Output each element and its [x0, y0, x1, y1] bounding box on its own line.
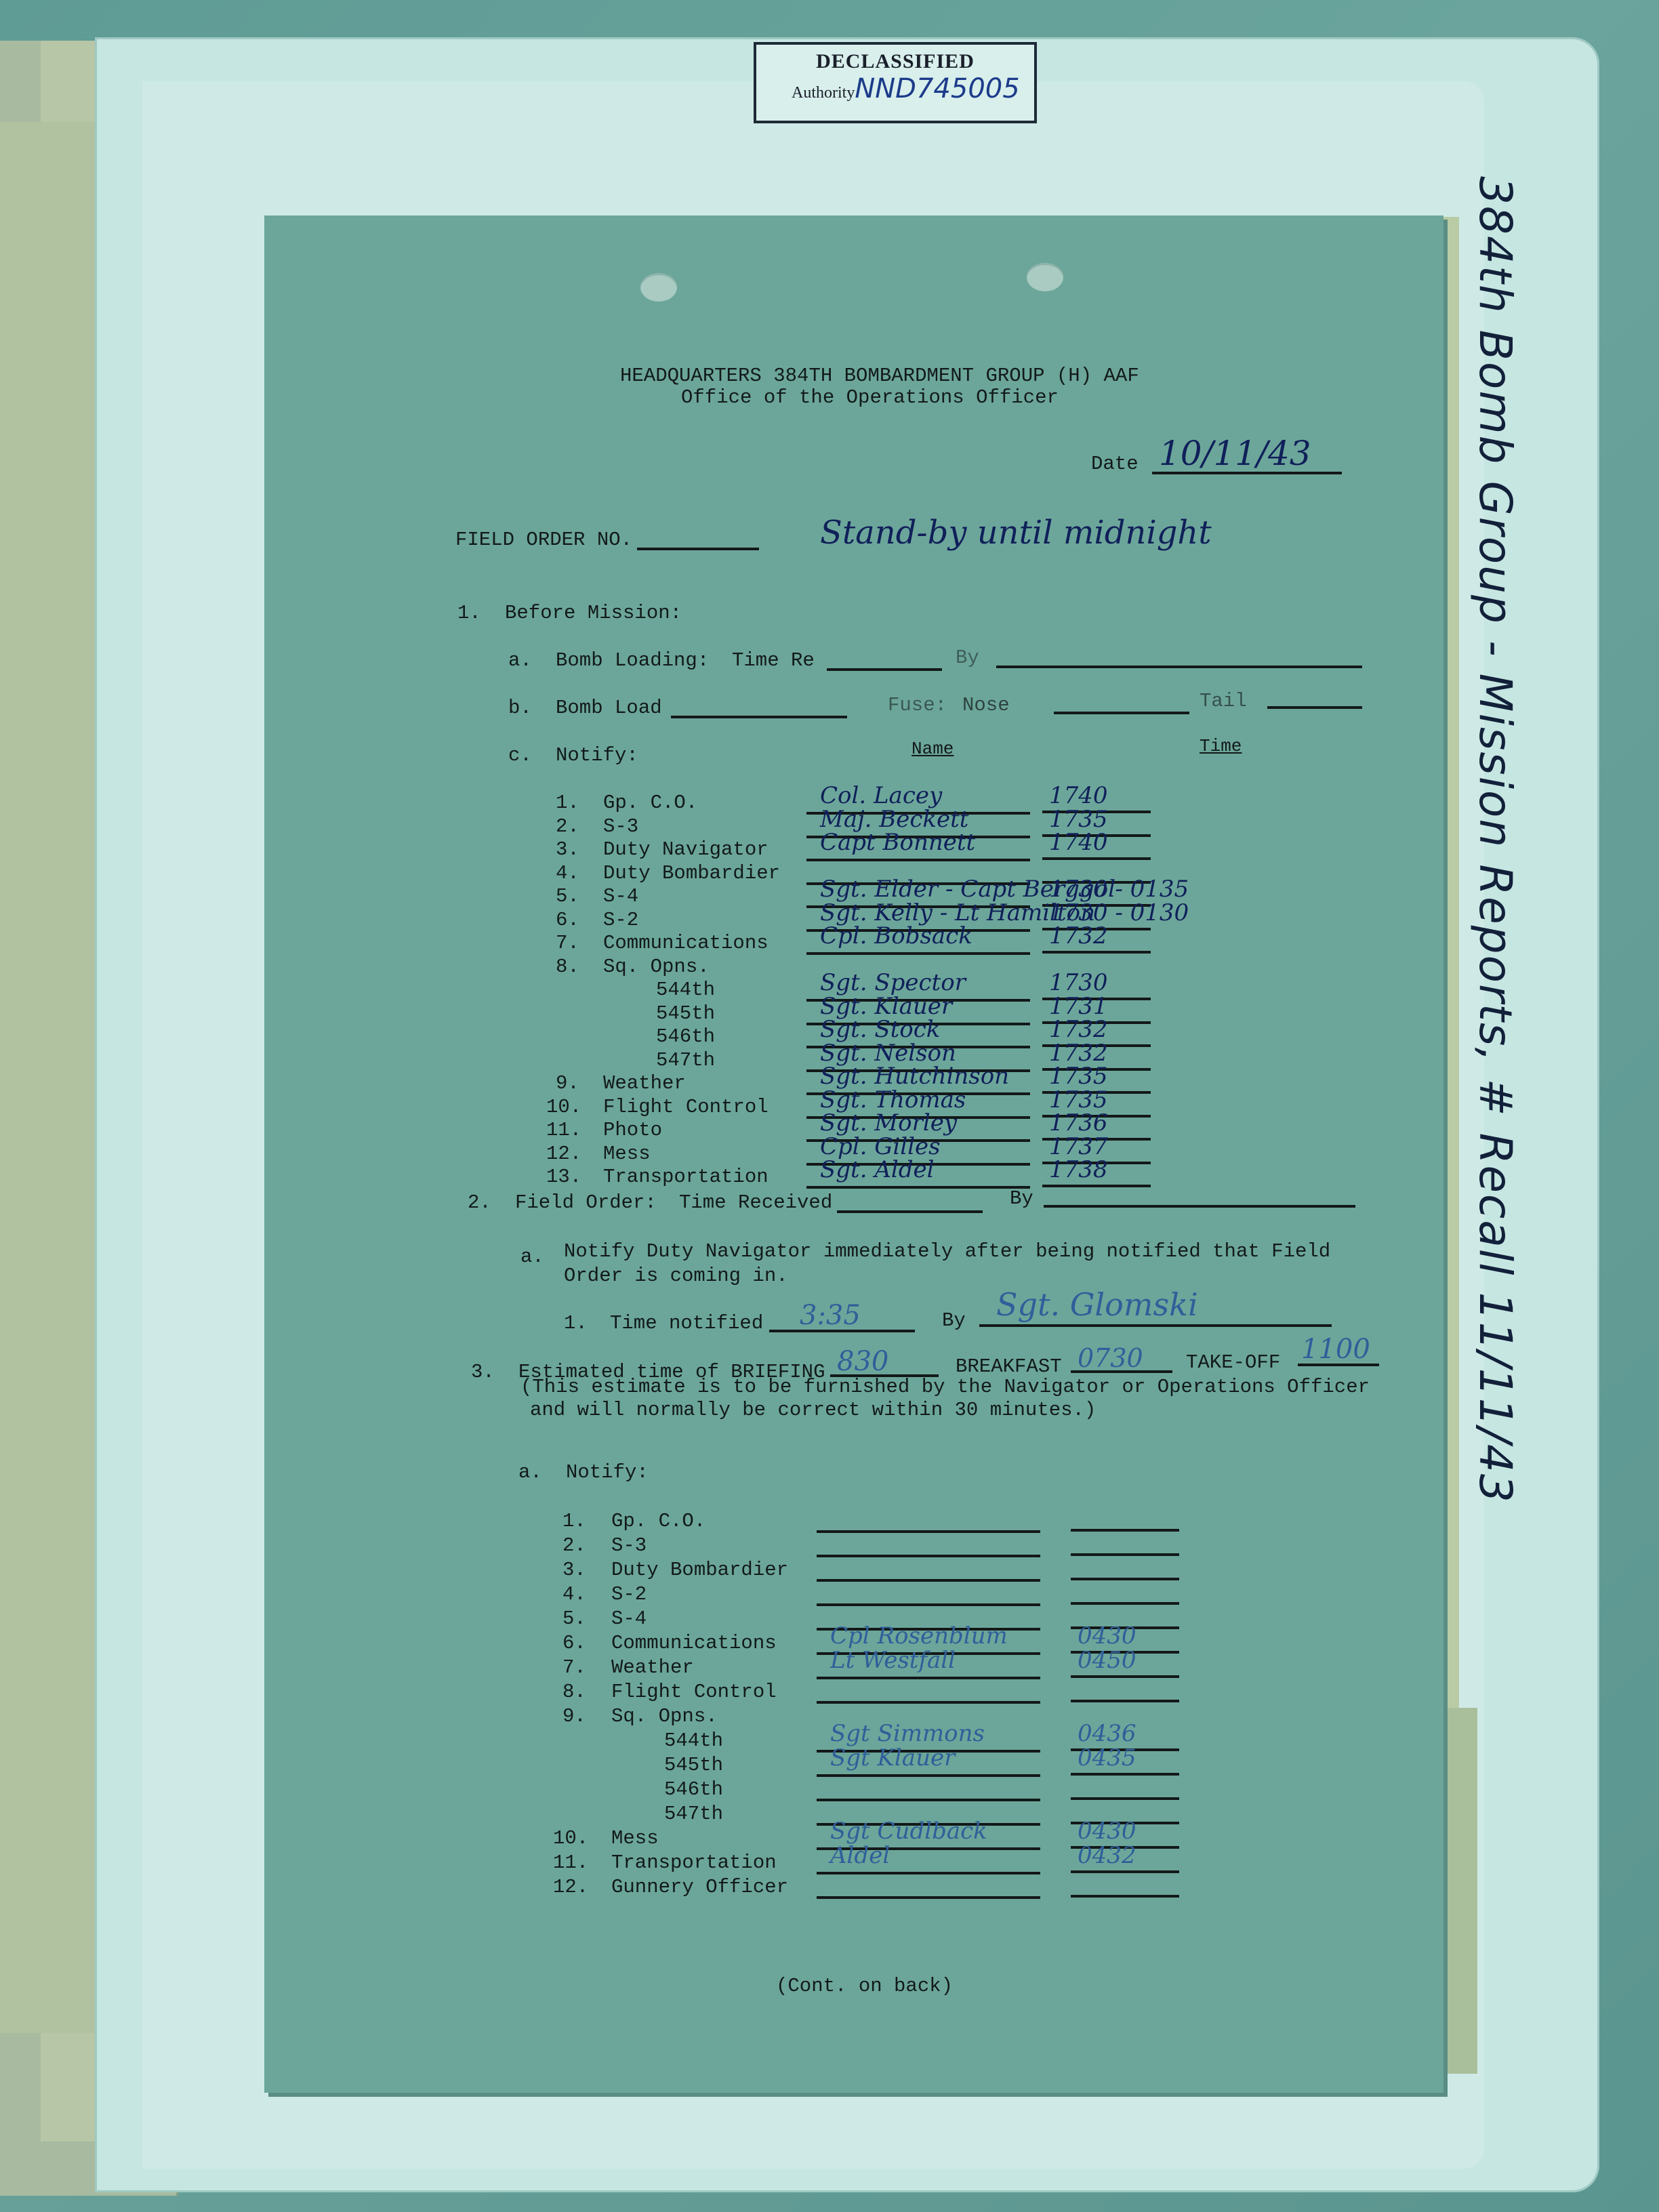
folder-handwritten-label: 384th Bomb Group - Mission Reports, # Re… [1469, 176, 1521, 1274]
row-number: 3. [562, 1559, 586, 1581]
takeoff-time-value: 1100 [1301, 1334, 1370, 1365]
notify-navigator-text-2: Order is coming in. [564, 1265, 788, 1287]
bomb-loading-time-label: Time Re [732, 649, 815, 672]
estimate-note-1: (This estimate is to be furnished by the… [520, 1376, 1370, 1398]
nose-field[interactable] [1054, 712, 1189, 714]
handwritten-name: Capt Bonnett [820, 829, 975, 856]
breakfast-time-field[interactable] [1071, 1370, 1172, 1373]
row-number: 11. [553, 1851, 588, 1874]
handwritten-time: 0432 [1078, 1842, 1136, 1869]
row-label: 546th [664, 1778, 723, 1801]
name-field[interactable] [806, 1186, 1030, 1189]
notify-label: Notify: [556, 744, 638, 766]
time-field[interactable] [1071, 1870, 1179, 1873]
row-number: 12. [546, 1143, 581, 1165]
handwritten-name: Sgt Simmons [830, 1720, 985, 1747]
section-2-number: 2. [468, 1191, 491, 1214]
estimate-note-2: and will normally be correct within 30 m… [530, 1399, 1096, 1421]
tail-field[interactable] [1267, 706, 1362, 709]
item-c-letter: c. [508, 744, 532, 766]
row-number: 2. [562, 1534, 586, 1557]
bomb-loading-label: Bomb Loading: [556, 649, 709, 672]
time-field[interactable] [1071, 1700, 1179, 1702]
fuse-label: Fuse: [888, 694, 947, 716]
row-label: 546th [656, 1025, 715, 1048]
row-number: 3. [556, 838, 579, 861]
row-label: S-4 [611, 1607, 647, 1630]
punch-hole [640, 273, 677, 302]
item-a-letter: a. [508, 649, 532, 672]
item-b-letter: b. [508, 697, 532, 719]
row-number: 1. [562, 1510, 586, 1532]
time-received-label: Time Received [679, 1191, 832, 1214]
row-label: 544th [664, 1729, 723, 1752]
item-2a-letter: a. [520, 1246, 544, 1268]
row-label: S-4 [603, 885, 638, 907]
bomb-loading-time-field[interactable] [827, 668, 942, 671]
handwritten-time: 0450 [1078, 1647, 1136, 1674]
row-number: 7. [556, 932, 579, 954]
field-order-label: FIELD ORDER NO. [455, 529, 632, 551]
handwritten-time: 0436 [1078, 1720, 1136, 1747]
row-number: 5. [556, 885, 579, 907]
date-line [1152, 472, 1342, 474]
handwritten-name: Sgt. Aldel [820, 1156, 935, 1183]
time-received-field[interactable] [837, 1210, 983, 1213]
name-field[interactable] [817, 1530, 1040, 1533]
bomb-loading-by-label: By [956, 647, 979, 669]
row-number: 11. [546, 1119, 581, 1141]
briefing-time-value: 830 [837, 1346, 888, 1377]
continued-on-back: (Cont. on back) [776, 1975, 953, 1997]
field-order-note: Stand-by until midnight [820, 514, 1212, 552]
handwritten-time: 0430 [1078, 1622, 1136, 1650]
row-number: 6. [562, 1632, 586, 1654]
takeoff-label: TAKE-OFF [1186, 1351, 1280, 1374]
row-label: Weather [603, 1072, 686, 1094]
received-by-field[interactable] [1044, 1205, 1355, 1208]
stamp-title: DECLASSIFIED [756, 50, 1034, 73]
section-1-number: 1. [457, 602, 481, 624]
stamp-authority-value: NND745005 [855, 73, 1019, 104]
row-number: 8. [556, 956, 579, 978]
row-number: 13. [546, 1166, 581, 1188]
row-label: Duty Navigator [603, 838, 769, 861]
row-label: Duty Bombardier [611, 1559, 788, 1581]
time-notified-label: Time notified [610, 1312, 763, 1334]
name-field[interactable] [817, 1774, 1040, 1777]
notified-by-field[interactable] [979, 1324, 1332, 1327]
row-label: Gp. C.O. [611, 1510, 705, 1532]
row-label: Gp. C.O. [603, 792, 697, 814]
handwritten-time: 1738 [1049, 1156, 1108, 1183]
tail-label: Tail [1200, 690, 1247, 712]
header-line-2: Office of the Operations Officer [681, 386, 1059, 409]
handwritten-name: Cpl. Bobsack [820, 922, 972, 949]
handwritten-name: Cpl Rosenblum [830, 1622, 1008, 1650]
row-label: Communications [603, 932, 769, 954]
stamp-authority: AuthorityNND745005 [792, 73, 1034, 104]
row-label: Sq. Opns. [611, 1705, 718, 1727]
name-field[interactable] [817, 1603, 1040, 1606]
name-field[interactable] [817, 1579, 1040, 1582]
name-field[interactable] [817, 1896, 1040, 1899]
row-number: 8. [562, 1681, 586, 1703]
time-field[interactable] [1071, 1895, 1179, 1898]
time-field[interactable] [1042, 857, 1151, 860]
row-label: 547th [664, 1803, 723, 1825]
received-by-label: By [1010, 1187, 1033, 1210]
time-field[interactable] [1071, 1602, 1179, 1605]
row-label: Flight Control [603, 1096, 769, 1118]
field-order-form: HEADQUARTERS 384TH BOMBARDMENT GROUP (H)… [264, 216, 1443, 2093]
time-notified-value: 3:35 [800, 1300, 861, 1331]
time-field[interactable] [1071, 1675, 1179, 1678]
row-label: Mess [611, 1827, 659, 1849]
row-label: Weather [611, 1656, 694, 1679]
row-label: Flight Control [611, 1681, 777, 1703]
row-label: Photo [603, 1119, 662, 1141]
row-label: Communications [611, 1632, 777, 1654]
bomb-load-label: Bomb Load [556, 697, 662, 719]
name-field[interactable] [817, 1555, 1040, 1557]
name-field[interactable] [817, 1677, 1040, 1679]
handwritten-time: 1740 [1049, 829, 1108, 856]
punch-hole [1027, 263, 1063, 291]
item-3a-letter: a. [518, 1461, 542, 1483]
row-label: 545th [656, 1002, 715, 1025]
row-label: 547th [656, 1049, 715, 1071]
row-number: 7. [562, 1656, 586, 1679]
time-field[interactable] [1071, 1553, 1179, 1556]
declassified-stamp: DECLASSIFIED AuthorityNND745005 [754, 42, 1037, 123]
row-number: 10. [553, 1827, 588, 1849]
row-number: 9. [562, 1705, 586, 1727]
section-3-number: 3. [471, 1361, 495, 1383]
row-number: 1. [556, 792, 579, 814]
time-column-header: Time [1200, 736, 1242, 756]
notified-by-label: By [942, 1309, 966, 1332]
row-label: 544th [656, 979, 715, 1001]
name-field[interactable] [817, 1872, 1040, 1875]
row-label: Gunnery Officer [611, 1876, 788, 1898]
takeoff-time-field[interactable] [1298, 1364, 1379, 1366]
notify-label-3: Notify: [566, 1461, 649, 1483]
name-field[interactable] [817, 1701, 1040, 1704]
header-line-1: HEADQUARTERS 384TH BOMBARDMENT GROUP (H)… [620, 365, 1139, 387]
date-label: Date [1091, 453, 1139, 475]
name-column-header: Name [912, 739, 954, 759]
notified-by-value: Sgt. Glomski [996, 1286, 1198, 1323]
handwritten-name: Sgt Cudlback [830, 1818, 987, 1845]
handwritten-name: Sgt Klauer [830, 1744, 955, 1771]
time-field[interactable] [1042, 951, 1151, 954]
row-label: Mess [603, 1143, 651, 1165]
row-number: 5. [562, 1607, 586, 1630]
row-label: 545th [664, 1754, 723, 1776]
row-number: 12. [553, 1876, 588, 1898]
name-field[interactable] [817, 1799, 1040, 1801]
date-value: 10/11/43 [1159, 434, 1311, 473]
row-number: 2. [556, 815, 579, 838]
row-number: 10. [546, 1096, 581, 1118]
breakfast-time-value: 0730 [1078, 1343, 1143, 1373]
row-label: S-3 [603, 815, 638, 838]
time-notified-number: 1. [564, 1312, 588, 1334]
row-number: 6. [556, 909, 579, 931]
row-number: 9. [556, 1072, 579, 1094]
time-notified-field[interactable] [769, 1330, 915, 1332]
row-label: S-2 [611, 1583, 647, 1605]
row-label: Duty Bombardier [603, 862, 780, 884]
row-number: 4. [556, 862, 579, 884]
field-order-received-label: Field Order: [515, 1191, 657, 1214]
handwritten-time: 1732 [1049, 922, 1108, 949]
row-label: Transportation [611, 1851, 777, 1874]
time-field[interactable] [1071, 1797, 1179, 1800]
name-field[interactable] [806, 859, 1030, 861]
field-order-number-line [637, 548, 759, 550]
handwritten-time: 0430 [1078, 1818, 1136, 1845]
handwritten-time: 0435 [1078, 1744, 1136, 1771]
row-label: Sq. Opns. [603, 956, 710, 978]
time-field[interactable] [1071, 1578, 1179, 1580]
bomb-load-field[interactable] [671, 716, 847, 718]
row-label: S-2 [603, 909, 638, 931]
breakfast-label: BREAKFAST [956, 1355, 1062, 1378]
name-field[interactable] [806, 952, 1030, 955]
time-field[interactable] [1071, 1773, 1179, 1776]
handwritten-name: Aldel [830, 1842, 890, 1869]
section-1-title: Before Mission: [505, 602, 682, 624]
row-number: 4. [562, 1583, 586, 1605]
handwritten-name: Lt Westfall [830, 1647, 956, 1674]
time-field[interactable] [1071, 1529, 1179, 1532]
bomb-loading-by-field[interactable] [996, 665, 1362, 668]
time-field[interactable] [1042, 1185, 1151, 1187]
notify-navigator-text-1: Notify Duty Navigator immediately after … [564, 1240, 1330, 1263]
nose-label: Nose [962, 694, 1010, 716]
row-label: Transportation [603, 1166, 769, 1188]
row-label: S-3 [611, 1534, 647, 1557]
